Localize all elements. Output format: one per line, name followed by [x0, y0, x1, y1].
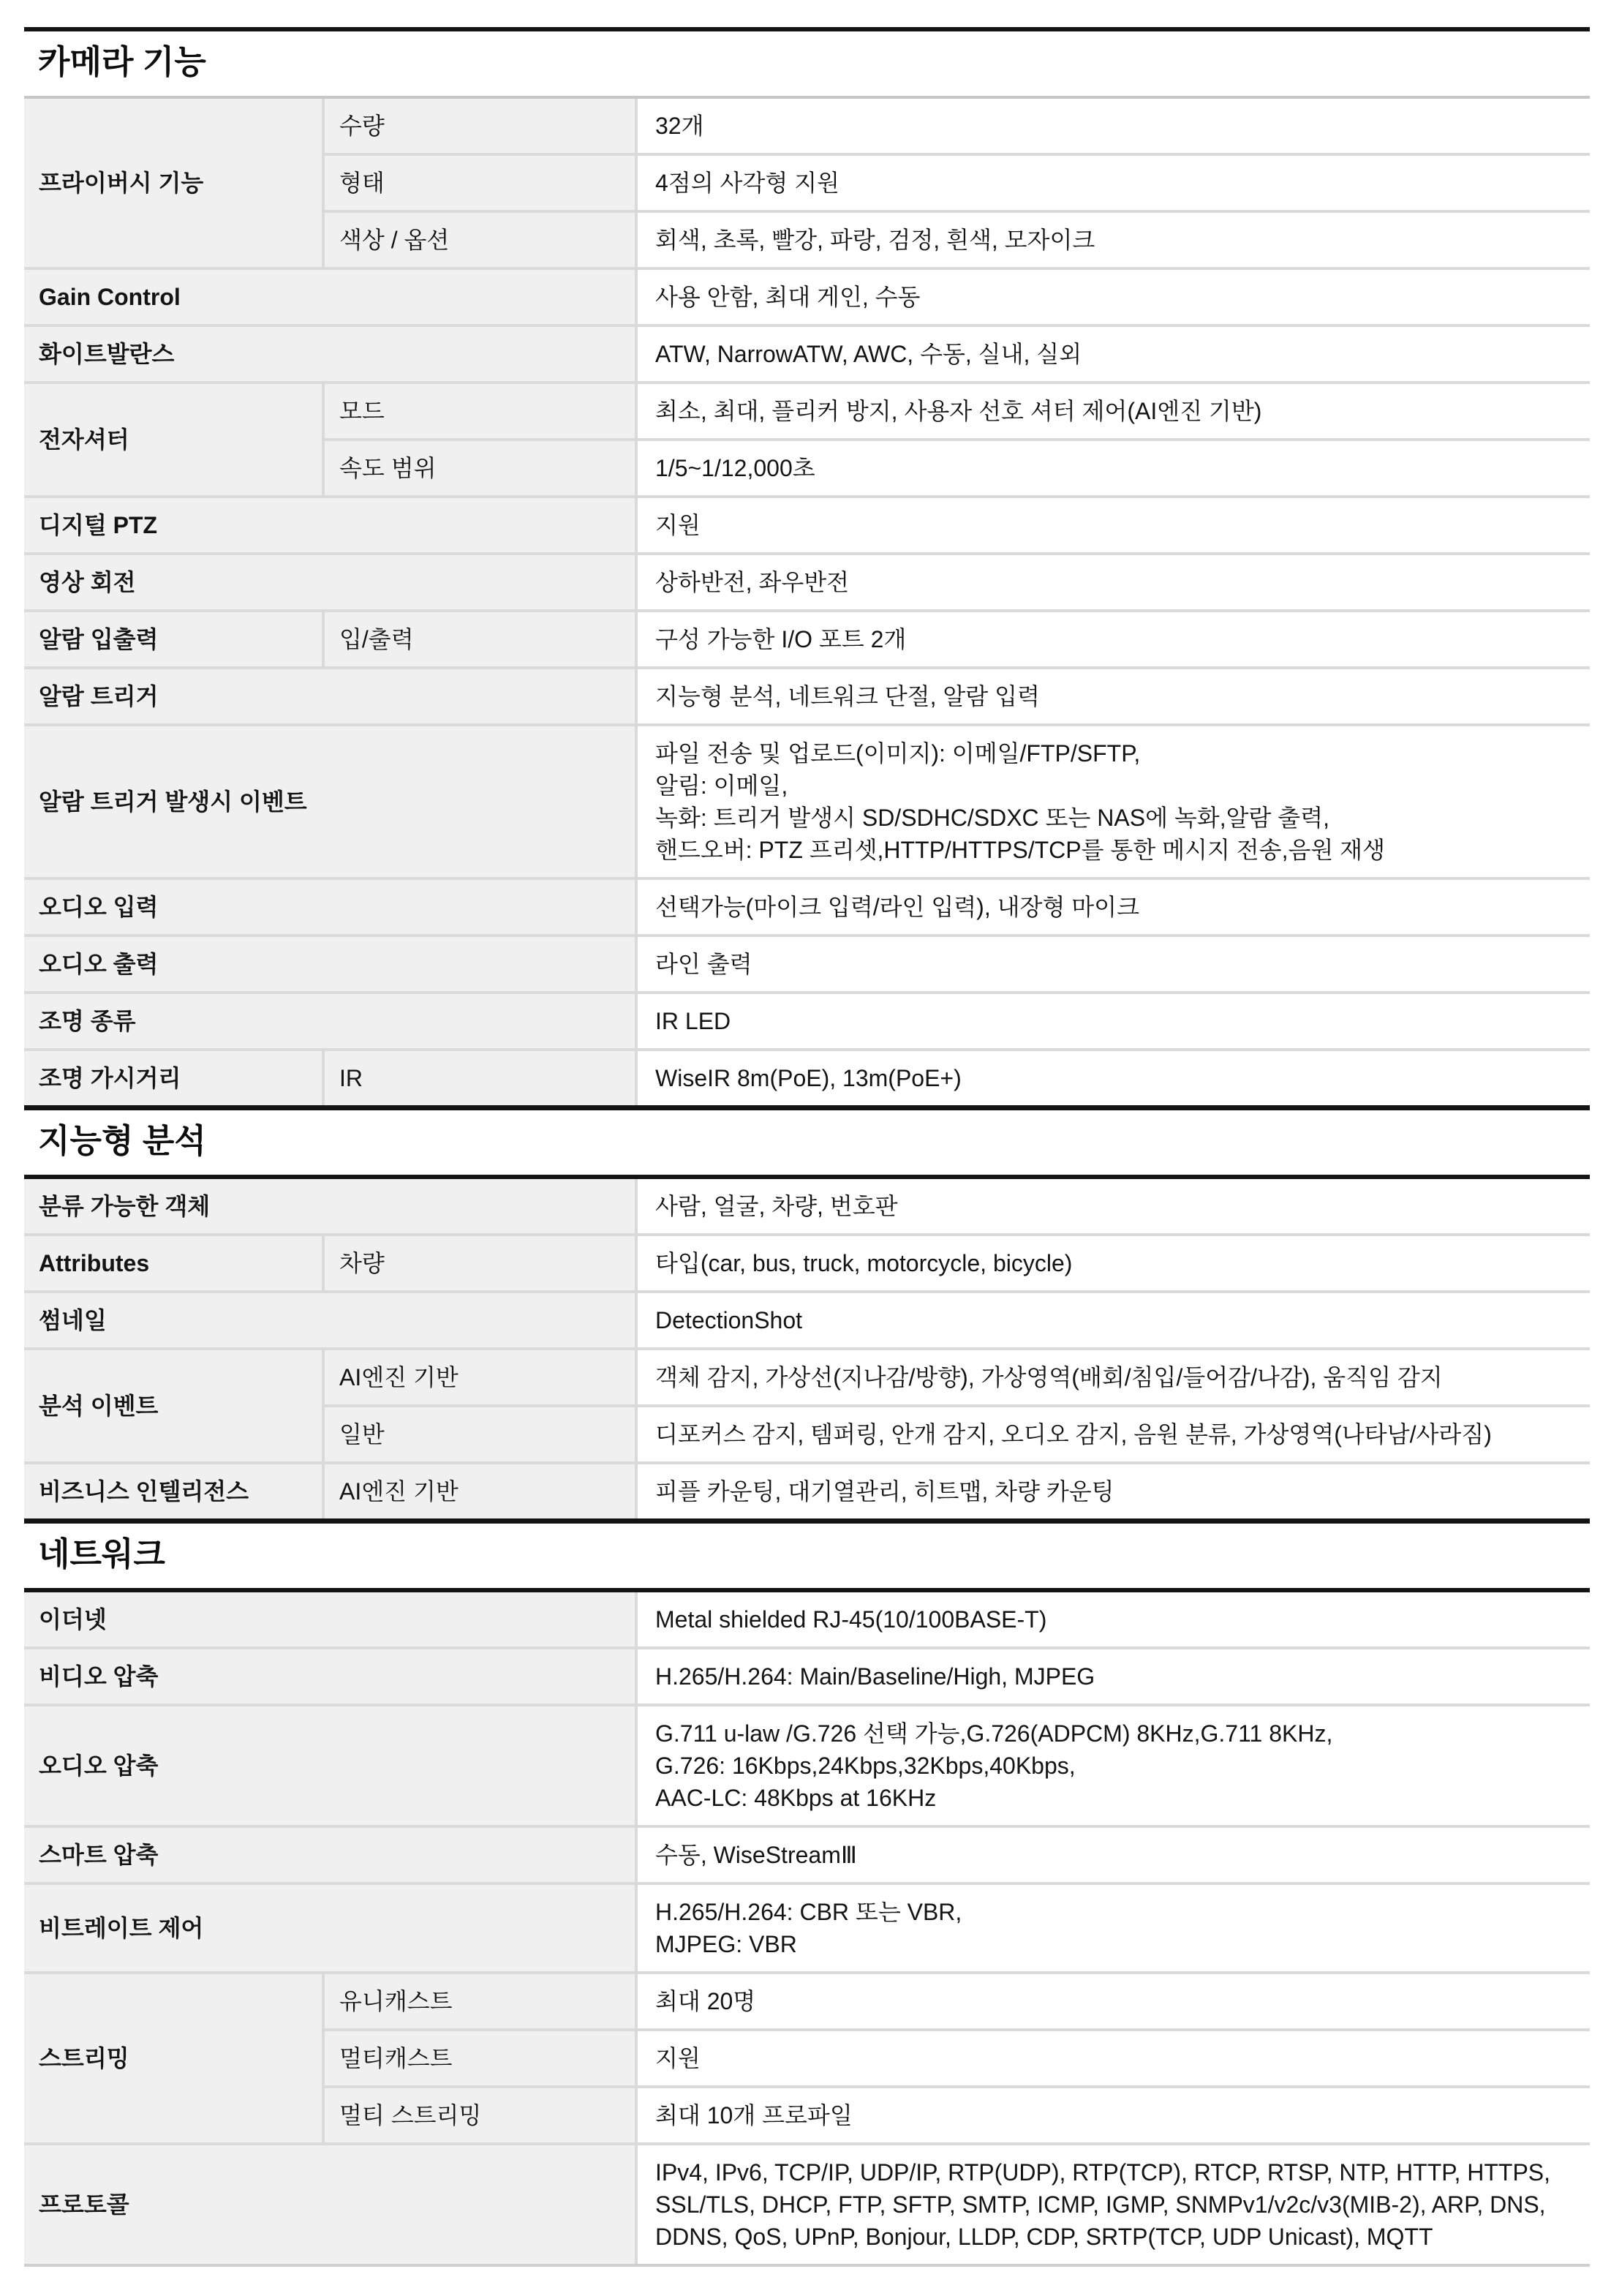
- spec-table-wrapper: 프라이버시 기능수량32개형태4점의 사각형 지원색상 / 옵션회색, 초록, …: [24, 96, 1590, 1110]
- spec-value: 객체 감지, 가상선(지나감/방향), 가상영역(배회/침입/들어감/나감), …: [636, 1349, 1590, 1406]
- spec-sublabel: AI엔진 기반: [323, 1349, 636, 1406]
- spec-value: 라인 출력: [636, 936, 1590, 993]
- spec-value: 1/5~1/12,000초: [636, 440, 1590, 497]
- spec-row: 스마트 압축수동, WiseStreamⅢ: [24, 1826, 1590, 1883]
- spec-row: 알람 트리거 발생시 이벤트파일 전송 및 업로드(이미지): 이메일/FTP/…: [24, 725, 1590, 878]
- spec-sublabel: 모드: [323, 383, 636, 440]
- spec-label: Attributes: [24, 1235, 323, 1292]
- spec-label: 스트리밍: [24, 1973, 323, 2144]
- spec-sublabel: 차량: [323, 1235, 636, 1292]
- spec-row: Gain Control사용 안함, 최대 게인, 수동: [24, 268, 1590, 325]
- section-heading: 네트워크: [24, 1535, 1590, 1573]
- spec-label: 화이트발란스: [24, 325, 636, 383]
- spec-label: 분류 가능한 객체: [24, 1179, 636, 1235]
- spec-value: 피플 카운팅, 대기열관리, 히트맵, 차량 카운팅: [636, 1463, 1590, 1518]
- spec-sublabel: 색상 / 옵션: [323, 211, 636, 268]
- spec-label: 알람 트리거 발생시 이벤트: [24, 725, 636, 878]
- spec-row: 오디오 출력라인 출력: [24, 936, 1590, 993]
- spec-label: 썸네일: [24, 1292, 636, 1349]
- spec-label: 디지털 PTZ: [24, 497, 636, 554]
- spec-value: ATW, NarrowATW, AWC, 수동, 실내, 실외: [636, 325, 1590, 383]
- spec-row: 비즈니스 인텔리전스AI엔진 기반피플 카운팅, 대기열관리, 히트맵, 차량 …: [24, 1463, 1590, 1518]
- spec-sublabel: 입/출력: [323, 611, 636, 668]
- spec-value: 4점의 사각형 지원: [636, 154, 1590, 211]
- spec-row: 알람 트리거지능형 분석, 네트워크 단절, 알람 입력: [24, 668, 1590, 725]
- spec-value: 최대 10개 프로파일: [636, 2087, 1590, 2144]
- spec-value: 사람, 얼굴, 차량, 번호판: [636, 1179, 1590, 1235]
- spec-row: 디지털 PTZ지원: [24, 497, 1590, 554]
- spec-label: 오디오 출력: [24, 936, 636, 993]
- spec-value: G.711 u-law /G.726 선택 가능,G.726(ADPCM) 8K…: [636, 1705, 1590, 1826]
- spec-value: 지원: [636, 2030, 1590, 2087]
- spec-value: 32개: [636, 99, 1590, 154]
- spec-label: 전자셔터: [24, 383, 323, 497]
- spec-value: 디포커스 감지, 템퍼링, 안개 감지, 오디오 감지, 음원 분류, 가상영역…: [636, 1406, 1590, 1463]
- spec-label: 알람 트리거: [24, 668, 636, 725]
- spec-sublabel: 멀티캐스트: [323, 2030, 636, 2087]
- spec-sublabel: 유니캐스트: [323, 1973, 636, 2030]
- spec-row: 분석 이벤트AI엔진 기반객체 감지, 가상선(지나감/방향), 가상영역(배회…: [24, 1349, 1590, 1406]
- spec-row: 스트리밍유니캐스트최대 20명: [24, 1973, 1590, 2030]
- spec-value: 지능형 분석, 네트워크 단절, 알람 입력: [636, 668, 1590, 725]
- spec-value: IPv4, IPv6, TCP/IP, UDP/IP, RTP(UDP), RT…: [636, 2144, 1590, 2264]
- spec-table-wrapper: 분류 가능한 객체사람, 얼굴, 차량, 번호판Attributes차량타입(c…: [24, 1175, 1590, 1524]
- spec-label: 비디오 압축: [24, 1648, 636, 1705]
- spec-section: 네트워크이더넷Metal shielded RJ-45(10/100BASE-T…: [24, 1535, 1590, 2267]
- spec-table: 이더넷Metal shielded RJ-45(10/100BASE-T)비디오…: [24, 1592, 1590, 2264]
- spec-label: 분석 이벤트: [24, 1349, 323, 1463]
- spec-table-wrapper: 이더넷Metal shielded RJ-45(10/100BASE-T)비디오…: [24, 1588, 1590, 2267]
- spec-label: Gain Control: [24, 268, 636, 325]
- section-rule: [24, 27, 1590, 31]
- spec-sublabel: 멀티 스트리밍: [323, 2087, 636, 2144]
- spec-label: 스마트 압축: [24, 1826, 636, 1883]
- spec-row: 썸네일DetectionShot: [24, 1292, 1590, 1349]
- spec-row: 화이트발란스ATW, NarrowATW, AWC, 수동, 실내, 실외: [24, 325, 1590, 383]
- section-heading: 지능형 분석: [24, 1122, 1590, 1160]
- spec-value: 상하반전, 좌우반전: [636, 554, 1590, 611]
- section-heading: 카메라 기능: [24, 43, 1590, 81]
- spec-label: 오디오 입력: [24, 878, 636, 936]
- spec-value: 최대 20명: [636, 1973, 1590, 2030]
- spec-value: 구성 가능한 I/O 포트 2개: [636, 611, 1590, 668]
- spec-table: 프라이버시 기능수량32개형태4점의 사각형 지원색상 / 옵션회색, 초록, …: [24, 99, 1590, 1105]
- spec-row: 프라이버시 기능수량32개: [24, 99, 1590, 154]
- spec-sublabel: 형태: [323, 154, 636, 211]
- spec-value: H.265/H.264: Main/Baseline/High, MJPEG: [636, 1648, 1590, 1705]
- spec-value: H.265/H.264: CBR 또는 VBR, MJPEG: VBR: [636, 1883, 1590, 1973]
- spec-value: 최소, 최대, 플리커 방지, 사용자 선호 셔터 제어(AI엔진 기반): [636, 383, 1590, 440]
- spec-row: 이더넷Metal shielded RJ-45(10/100BASE-T): [24, 1592, 1590, 1648]
- spec-row: 조명 종류IR LED: [24, 993, 1590, 1050]
- spec-value: 타입(car, bus, truck, motorcycle, bicycle): [636, 1235, 1590, 1292]
- spec-value: IR LED: [636, 993, 1590, 1050]
- spec-label: 프라이버시 기능: [24, 99, 323, 268]
- spec-value: Metal shielded RJ-45(10/100BASE-T): [636, 1592, 1590, 1648]
- spec-row: 전자셔터모드최소, 최대, 플리커 방지, 사용자 선호 셔터 제어(AI엔진 …: [24, 383, 1590, 440]
- spec-value: WiseIR 8m(PoE), 13m(PoE+): [636, 1050, 1590, 1105]
- spec-label: 오디오 압축: [24, 1705, 636, 1826]
- spec-label: 알람 입출력: [24, 611, 323, 668]
- spec-value: 사용 안함, 최대 게인, 수동: [636, 268, 1590, 325]
- spec-value: DetectionShot: [636, 1292, 1590, 1349]
- spec-label: 조명 가시거리: [24, 1050, 323, 1105]
- spec-row: 분류 가능한 객체사람, 얼굴, 차량, 번호판: [24, 1179, 1590, 1235]
- spec-label: 프로토콜: [24, 2144, 636, 2264]
- spec-sublabel: IR: [323, 1050, 636, 1105]
- spec-row: 영상 회전상하반전, 좌우반전: [24, 554, 1590, 611]
- spec-sublabel: 수량: [323, 99, 636, 154]
- spec-value: 파일 전송 및 업로드(이미지): 이메일/FTP/SFTP, 알림: 이메일,…: [636, 725, 1590, 878]
- spec-table: 분류 가능한 객체사람, 얼굴, 차량, 번호판Attributes차량타입(c…: [24, 1179, 1590, 1518]
- spec-section: 카메라 기능프라이버시 기능수량32개형태4점의 사각형 지원색상 / 옵션회색…: [24, 27, 1590, 1110]
- spec-row: 프로토콜IPv4, IPv6, TCP/IP, UDP/IP, RTP(UDP)…: [24, 2144, 1590, 2264]
- spec-label: 조명 종류: [24, 993, 636, 1050]
- spec-value: 수동, WiseStreamⅢ: [636, 1826, 1590, 1883]
- spec-section: 지능형 분석분류 가능한 객체사람, 얼굴, 차량, 번호판Attributes…: [24, 1122, 1590, 1524]
- spec-label: 영상 회전: [24, 554, 636, 611]
- spec-sublabel: AI엔진 기반: [323, 1463, 636, 1518]
- spec-label: 비즈니스 인텔리전스: [24, 1463, 323, 1518]
- spec-value: 회색, 초록, 빨강, 파랑, 검정, 흰색, 모자이크: [636, 211, 1590, 268]
- spec-label: 이더넷: [24, 1592, 636, 1648]
- spec-value: 지원: [636, 497, 1590, 554]
- spec-value: 선택가능(마이크 입력/라인 입력), 내장형 마이크: [636, 878, 1590, 936]
- spec-row: 오디오 압축G.711 u-law /G.726 선택 가능,G.726(ADP…: [24, 1705, 1590, 1826]
- spec-sheet: 카메라 기능프라이버시 기능수량32개형태4점의 사각형 지원색상 / 옵션회색…: [0, 0, 1611, 2296]
- spec-row: 오디오 입력선택가능(마이크 입력/라인 입력), 내장형 마이크: [24, 878, 1590, 936]
- spec-label: 비트레이트 제어: [24, 1883, 636, 1973]
- spec-sublabel: 일반: [323, 1406, 636, 1463]
- spec-row: Attributes차량타입(car, bus, truck, motorcyc…: [24, 1235, 1590, 1292]
- spec-row: 조명 가시거리IRWiseIR 8m(PoE), 13m(PoE+): [24, 1050, 1590, 1105]
- spec-row: 비디오 압축H.265/H.264: Main/Baseline/High, M…: [24, 1648, 1590, 1705]
- spec-row: 비트레이트 제어H.265/H.264: CBR 또는 VBR, MJPEG: …: [24, 1883, 1590, 1973]
- spec-row: 알람 입출력입/출력구성 가능한 I/O 포트 2개: [24, 611, 1590, 668]
- spec-sublabel: 속도 범위: [323, 440, 636, 497]
